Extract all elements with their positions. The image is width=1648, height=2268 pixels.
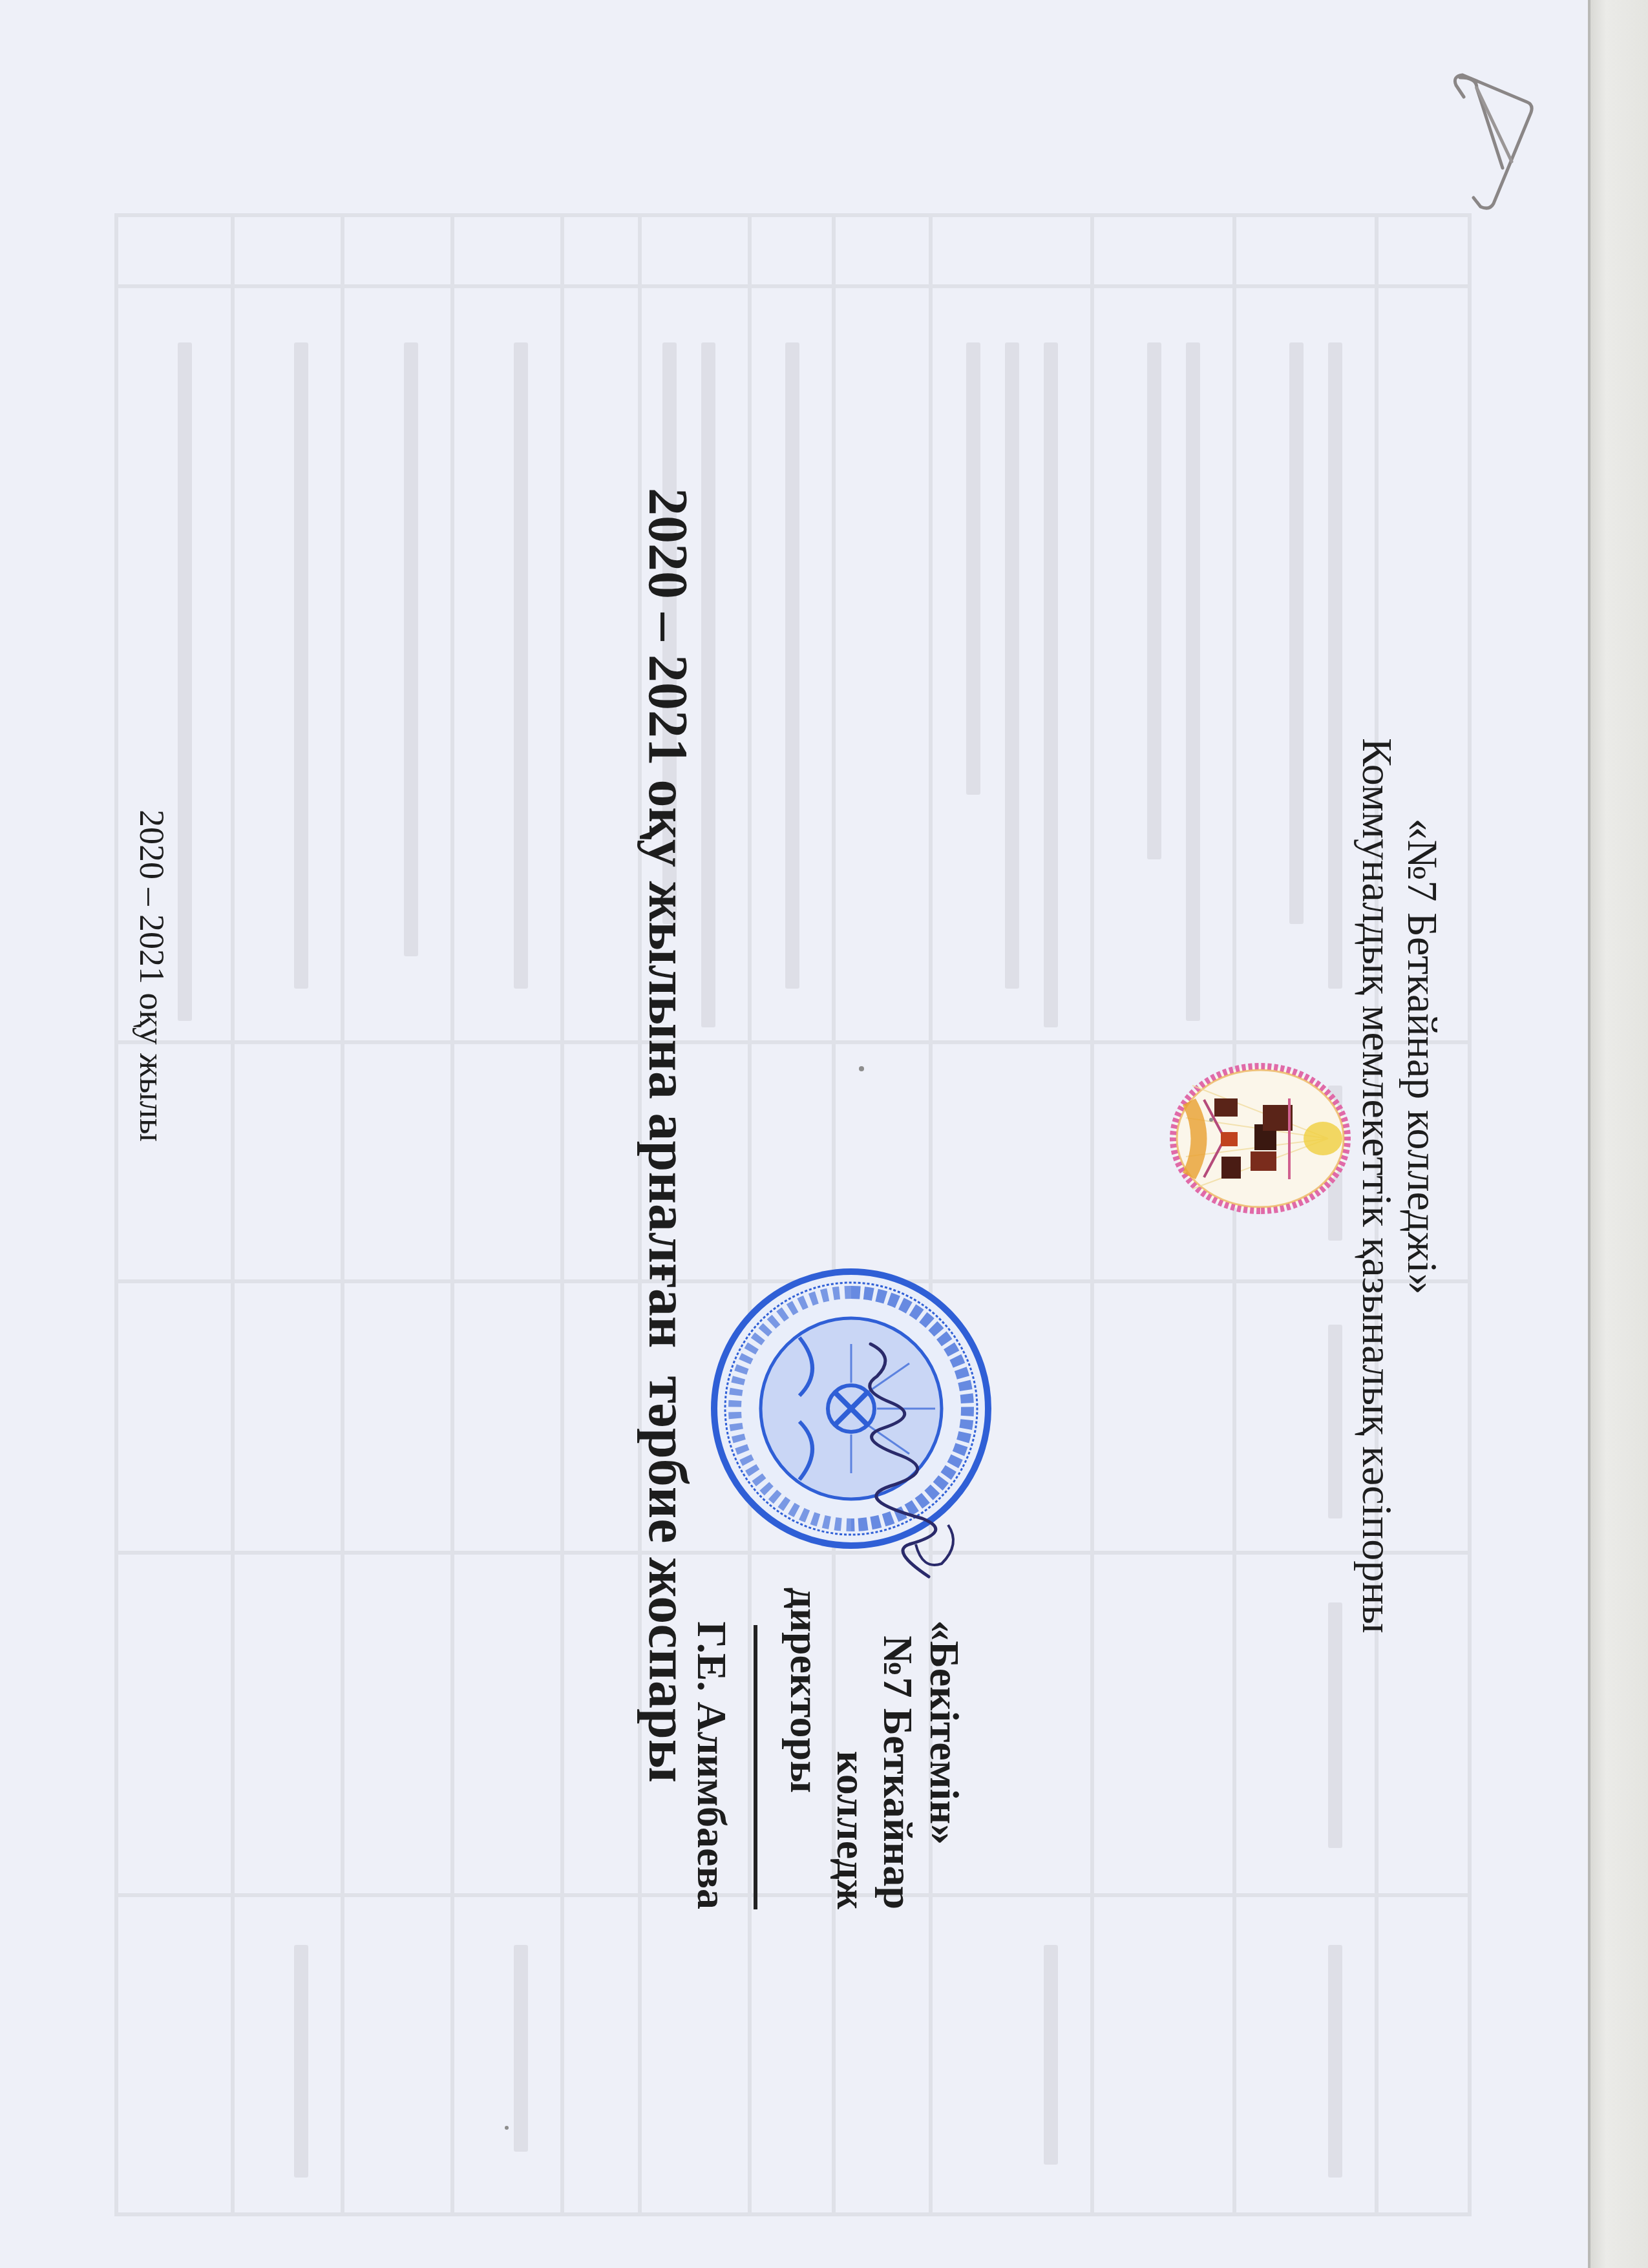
approval-position-line1: №7 Беткайнар колледж <box>828 1548 921 1909</box>
scan-speck <box>1209 1118 1213 1122</box>
institution-name-text: «№7 Беткайнар колледжі» <box>1399 819 1444 1295</box>
document-footer: 2020 – 2021 оқу жылы <box>132 0 171 2268</box>
signature-line <box>754 1625 757 1909</box>
rotated-document: «№7 Беткайнар колледжі» Коммуналдық мемл… <box>0 0 1588 2268</box>
institution-name: «№7 Беткайнар колледжі» <box>1399 0 1444 2268</box>
college-emblem-icon <box>1167 1060 1354 1218</box>
document-title: 2020 – 2021 оқу жылына арналған тәрбие ж… <box>637 0 699 2268</box>
paper-edge-shadow <box>1588 0 1590 2268</box>
scanner-bed-edge <box>1588 0 1648 2268</box>
approval-block: «Бекітемін» №7 Беткайнар колледж директо… <box>688 1548 967 1909</box>
scan-speck <box>505 2126 509 2130</box>
document-title-text: 2020 – 2021 оқу жылына арналған тәрбие ж… <box>637 488 699 1783</box>
footer-year-text: 2020 – 2021 оқу жылы <box>132 810 171 1142</box>
institution-type: Коммуналдық мемлекеттік қазыналық кәсіпо… <box>1354 0 1399 2268</box>
approval-position-line2: директоры <box>781 1548 828 1909</box>
institution-type-text: Коммуналдық мемлекеттік қазыналық кәсіпо… <box>1354 738 1399 1633</box>
approval-label: «Бекітемін» <box>921 1548 967 1909</box>
scan-speck <box>859 1066 864 1071</box>
signature-row: Г.Е. Алимбаева <box>688 1548 781 1909</box>
